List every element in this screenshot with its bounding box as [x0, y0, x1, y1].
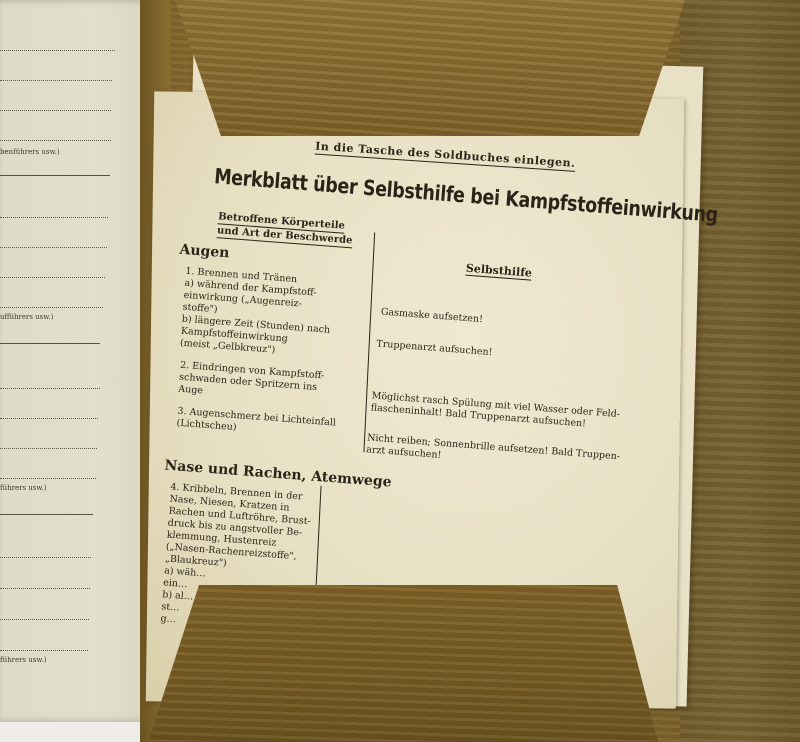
background-surface: [0, 722, 140, 742]
selfhelp-no-rubbing: Nicht reiben; Sonnenbrille aufsetzen! Ba…: [366, 432, 621, 475]
selfhelp-doctor: Truppenarzt aufsuchen!: [376, 338, 493, 359]
symptom-item-3: 3. Augenschmerz bei Lichteinfall (Lichts…: [176, 406, 336, 442]
column-divider: [316, 486, 322, 586]
form-dotted-line: [0, 388, 100, 389]
left-book-page: benführers usw.) ufführers usw.) führers…: [0, 0, 162, 722]
selfhelp-rinse: Möglichst rasch Spülung mit viel Wasser …: [370, 390, 620, 433]
form-dotted-line: [0, 557, 91, 558]
selfhelp-gasmask: Gasmaske aufsetzen!: [380, 307, 483, 327]
form-caption: führers usw.): [0, 484, 46, 492]
form-dotted-line: [0, 80, 112, 81]
form-caption: ufführers usw.): [0, 313, 53, 321]
pocket-flap-top: [175, 0, 685, 136]
form-dotted-line: [0, 217, 108, 218]
leaflet-instruction: In die Tasche des Soldbuches einlegen.: [315, 140, 576, 172]
form-dotted-line: [0, 588, 90, 589]
form-dotted-line: [0, 50, 115, 51]
symptom-item-2: 2. Eindringen von Kampfstoff- schwaden o…: [178, 360, 325, 407]
form-dotted-line: [0, 619, 89, 620]
soldbuch-scene: benführers usw.) ufführers usw.) führers…: [0, 0, 800, 742]
form-dotted-line: [0, 448, 97, 449]
form-dotted-line: [0, 140, 111, 141]
form-dotted-line: [0, 247, 107, 248]
form-solid-line: [0, 175, 110, 176]
form-caption: benführers usw.): [0, 148, 60, 156]
form-dotted-line: [0, 277, 105, 278]
form-solid-line: [0, 514, 93, 515]
pocket-flap-bottom: [148, 585, 658, 742]
form-solid-line: [0, 343, 100, 344]
column-divider: [363, 232, 375, 452]
symptom-item-1: 1. Brennen und Tränen a) während der Kam…: [180, 266, 335, 361]
form-dotted-line: [0, 650, 88, 651]
form-dotted-line: [0, 110, 111, 111]
section-heading-eyes: Augen: [179, 242, 230, 262]
form-caption: führers usw.): [0, 656, 46, 664]
form-dotted-line: [0, 307, 103, 308]
form-dotted-line: [0, 418, 98, 419]
column-header-affected: Betroffene Körperteile und Art der Besch…: [217, 210, 354, 248]
column-header-selfhelp: Selbsthilfe: [465, 262, 532, 281]
form-dotted-line: [0, 478, 96, 479]
